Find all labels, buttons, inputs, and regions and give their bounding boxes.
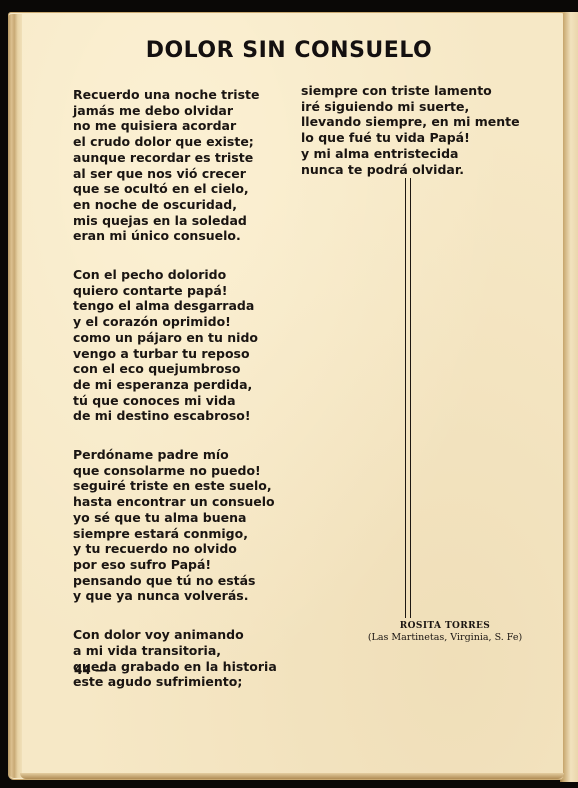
verse-line: como un pájaro en tu nido	[73, 330, 293, 346]
poem-title: DOLOR SIN CONSUELO	[0, 38, 578, 63]
verse-line: y el corazón oprimido!	[73, 314, 293, 330]
verse-line: eran mi único consuelo.	[73, 228, 293, 244]
author-signature: ROSITA TORRES (Las Martinetas, Virginia,…	[340, 621, 550, 643]
verse-line: Con el pecho dolorido	[73, 267, 293, 283]
verse-line: Con dolor voy animando	[73, 627, 293, 643]
verse-line: de mi destino escabroso!	[73, 408, 293, 424]
verse-line: quiero contarte papá!	[73, 283, 293, 299]
stanza: Con dolor voy animando a mi vida transit…	[73, 627, 293, 690]
verse-line: tú que conoces mi vida	[73, 393, 293, 409]
verse-line: y que ya nunca volverás.	[73, 588, 293, 604]
page-number: 44 —	[74, 663, 107, 677]
verse-line: aunque recordar es triste	[73, 150, 293, 166]
poem-right-column: siempre con triste lamento iré siguiendo…	[301, 83, 531, 200]
verse-line: el crudo dolor que existe;	[73, 134, 293, 150]
author-name: ROSITA TORRES	[340, 621, 550, 631]
verse-line: Recuerdo una noche triste	[73, 87, 293, 103]
stanza: siempre con triste lamento iré siguiendo…	[301, 83, 531, 177]
stanza: Perdóname padre mío que consolarme no pu…	[73, 447, 293, 604]
verse-line: con el eco quejumbroso	[73, 361, 293, 377]
verse-line: hasta encontrar un consuelo	[73, 494, 293, 510]
verse-line: nunca te podrá olvidar.	[301, 162, 531, 178]
verse-line: llevando siempre, en mi mente	[301, 114, 531, 130]
verse-line: Perdóname padre mío	[73, 447, 293, 463]
verse-line: tengo el alma desgarrada	[73, 298, 293, 314]
verse-line: no me quisiera acordar	[73, 118, 293, 134]
verse-line: por eso sufro Papá!	[73, 557, 293, 573]
verse-line: siempre estará conmigo,	[73, 526, 293, 542]
verse-line: seguiré triste en este suelo,	[73, 478, 293, 494]
verse-line: lo que fué tu vida Papá!	[301, 130, 531, 146]
stanza: Recuerdo una noche triste jamás me debo …	[73, 87, 293, 244]
stanza: Con el pecho dolorido quiero contarte pa…	[73, 267, 293, 424]
verse-line: que se ocultó en el cielo,	[73, 181, 293, 197]
verse-line: a mi vida transitoria,	[73, 643, 293, 659]
verse-line: pensando que tú no estás	[73, 573, 293, 589]
verse-line: y mi alma entristecida	[301, 146, 531, 162]
verse-line: mis quejas en la soledad	[73, 213, 293, 229]
verse-line: en noche de oscuridad,	[73, 197, 293, 213]
verse-line: jamás me debo olvidar	[73, 103, 293, 119]
verse-line: al ser que nos vió crecer	[73, 166, 293, 182]
decorative-double-rule	[405, 178, 411, 618]
verse-line: siempre con triste lamento	[301, 83, 531, 99]
verse-line: vengo a turbar tu reposo	[73, 346, 293, 362]
verse-line: iré siguiendo mi suerte,	[301, 99, 531, 115]
poem-left-column: Recuerdo una noche triste jamás me debo …	[73, 87, 293, 713]
verse-line: que consolarme no puedo!	[73, 463, 293, 479]
page-bottom-edge	[20, 773, 564, 779]
verse-line: yo sé que tu alma buena	[73, 510, 293, 526]
verse-line: de mi esperanza perdida,	[73, 377, 293, 393]
verse-line: y tu recuerdo no olvido	[73, 541, 293, 557]
page-stack-edge	[8, 14, 22, 778]
author-location: (Las Martinetas, Virginia, S. Fe)	[340, 632, 550, 643]
